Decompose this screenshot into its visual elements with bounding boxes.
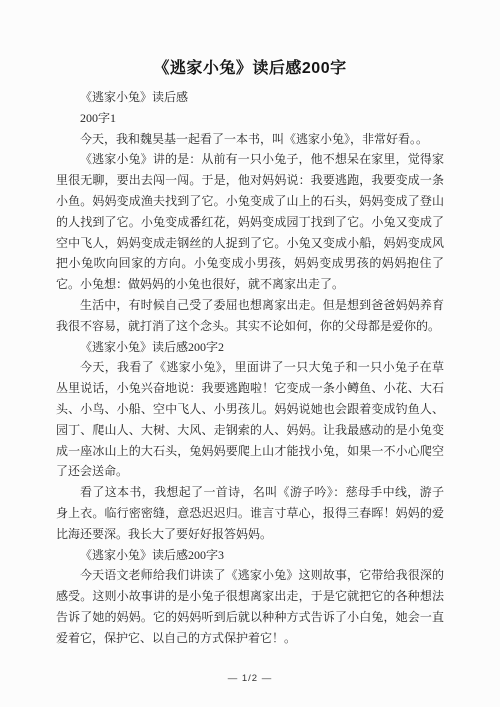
document-page: 《逃家小兔》读后感200字 《逃家小兔》读后感 200字1 今天，我和魏昊基一起… <box>0 0 500 707</box>
paragraph: 看了这本书，我想起了一首诗，名叫《游子吟》：慈母手中线，游子身上衣。临行密密缝，… <box>56 482 444 544</box>
paragraph-section-3-label: 《逃家小兔》读后感200字3 <box>56 545 444 566</box>
document-title: 《逃家小兔》读后感200字 <box>0 57 500 80</box>
paragraph-section-2-label: 《逃家小兔》读后感200字2 <box>56 337 444 358</box>
page-number: — 1/2 — <box>0 673 500 684</box>
paragraph-section-1-label: 200字1 <box>56 108 444 129</box>
document-body: 《逃家小兔》读后感 200字1 今天，我和魏昊基一起看了一本书，叫《逃家小兔》，… <box>56 87 444 649</box>
paragraph-subtitle: 《逃家小兔》读后感 <box>56 87 444 108</box>
paragraph: 《逃家小兔》讲的是：从前有一只小兔子，他不想呆在家里，觉得家里很无聊，要出去闯一… <box>56 149 444 295</box>
paragraph: 生活中，有时候自己受了委屈也想离家出走。但是想到爸爸妈妈养育我很不容易，就打消了… <box>56 295 444 337</box>
paragraph: 今天，我看了《逃家小兔》，里面讲了一只大兔子和一只小兔子在草丛里说话，小兔兴奋地… <box>56 357 444 482</box>
paragraph: 今天语文老师给我们讲读了《逃家小兔》这则故事，它带给我很深的感受。这则小故事讲的… <box>56 565 444 648</box>
paragraph: 今天，我和魏昊基一起看了一本书，叫《逃家小兔》，非常好看。。 <box>56 129 444 150</box>
